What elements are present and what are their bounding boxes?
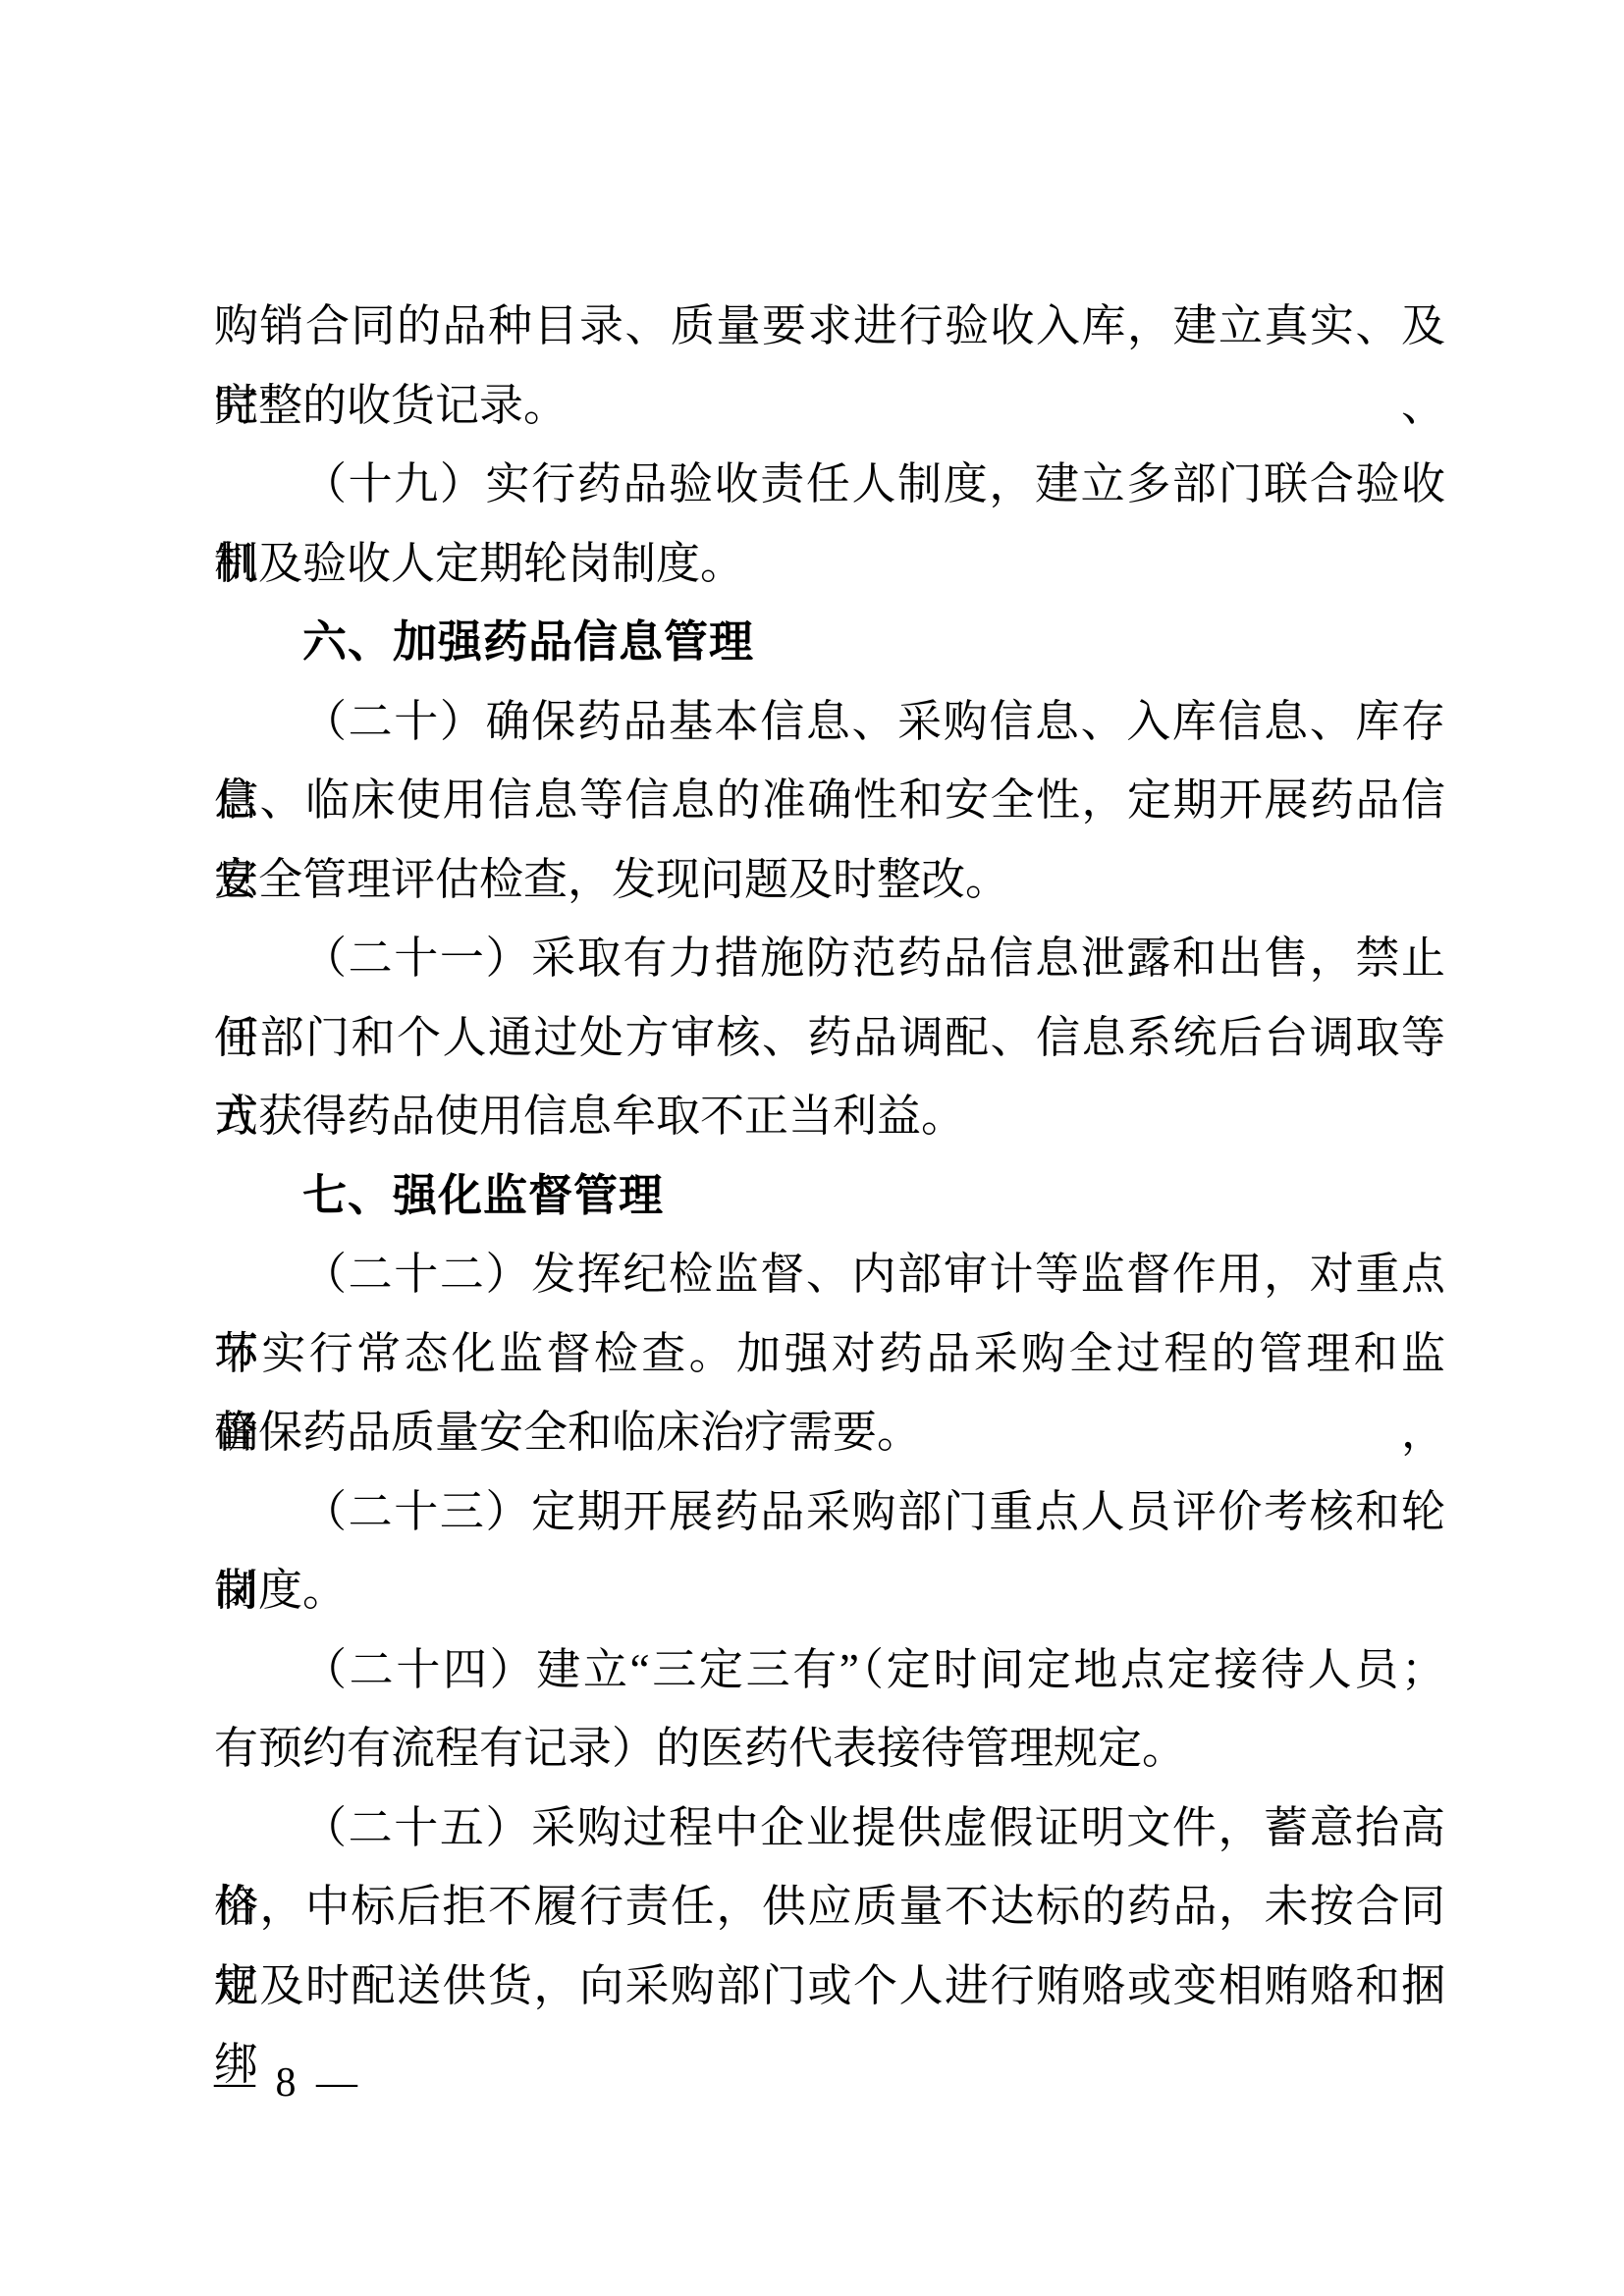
- text-line: 有预约有流程有记录）的医药代表接待管理规定。: [214, 1709, 1445, 1789]
- text-line: 息、临床使用信息等信息的准确性和安全性，定期开展药品信息: [214, 761, 1445, 840]
- text-line: （十九）实行药品验收责任人制度，建立多部门联合验收机: [214, 445, 1445, 524]
- text-line: 安全管理评估检查，发现问题及时整改。: [214, 840, 1445, 920]
- section-heading: 七、强化监督管理: [214, 1156, 1445, 1236]
- document-body: 购销合同的品种目录、质量要求进行验收入库，建立真实、及时、完整的收货记录。（十九…: [214, 287, 1445, 2025]
- text-line: 制度。: [214, 1551, 1445, 1630]
- section-heading: 六、加强药品信息管理: [214, 603, 1445, 682]
- document-page: 购销合同的品种目录、质量要求进行验收入库，建立真实、及时、完整的收货记录。（十九…: [0, 0, 1624, 2296]
- text-line: （二十五）采购过程中企业提供虚假证明文件，蓄意抬高价: [214, 1789, 1445, 1868]
- text-line: （二十四）建立“三定三有”（定时间定地点定接待人员；: [214, 1630, 1445, 1710]
- text-line: 制及验收人定期轮岗制度。: [214, 524, 1445, 604]
- text-line: （二十二）发挥纪检监督、内部审计等监督作用，对重点环: [214, 1235, 1445, 1314]
- page-number: — 8 —: [214, 2060, 357, 2106]
- text-line: （二十三）定期开展药品采购部门重点人员评价考核和轮岗: [214, 1472, 1445, 1552]
- text-line: （二十一）采取有力措施防范药品信息泄露和出售，禁止任: [214, 919, 1445, 998]
- text-line: 式获得药品使用信息牟取不正当利益。: [214, 1077, 1445, 1156]
- text-line: 定及时配送供货，向采购部门或个人进行贿赂或变相贿赂和捆绑: [214, 1947, 1445, 2026]
- text-line: 何部门和个人通过处方审核、药品调配、信息系统后台调取等方: [214, 998, 1445, 1078]
- text-line: 格，中标后拒不履行责任，供应质量不达标的药品，未按合同规: [214, 1867, 1445, 1947]
- text-line: （二十）确保药品基本信息、采购信息、入库信息、库存信: [214, 682, 1445, 762]
- text-line: 购销合同的品种目录、质量要求进行验收入库，建立真实、及时、: [214, 287, 1445, 366]
- text-line: 节实行常态化监督检查。加强对药品采购全过程的管理和监督，: [214, 1314, 1445, 1394]
- page-footer: — 8 —: [214, 2059, 357, 2107]
